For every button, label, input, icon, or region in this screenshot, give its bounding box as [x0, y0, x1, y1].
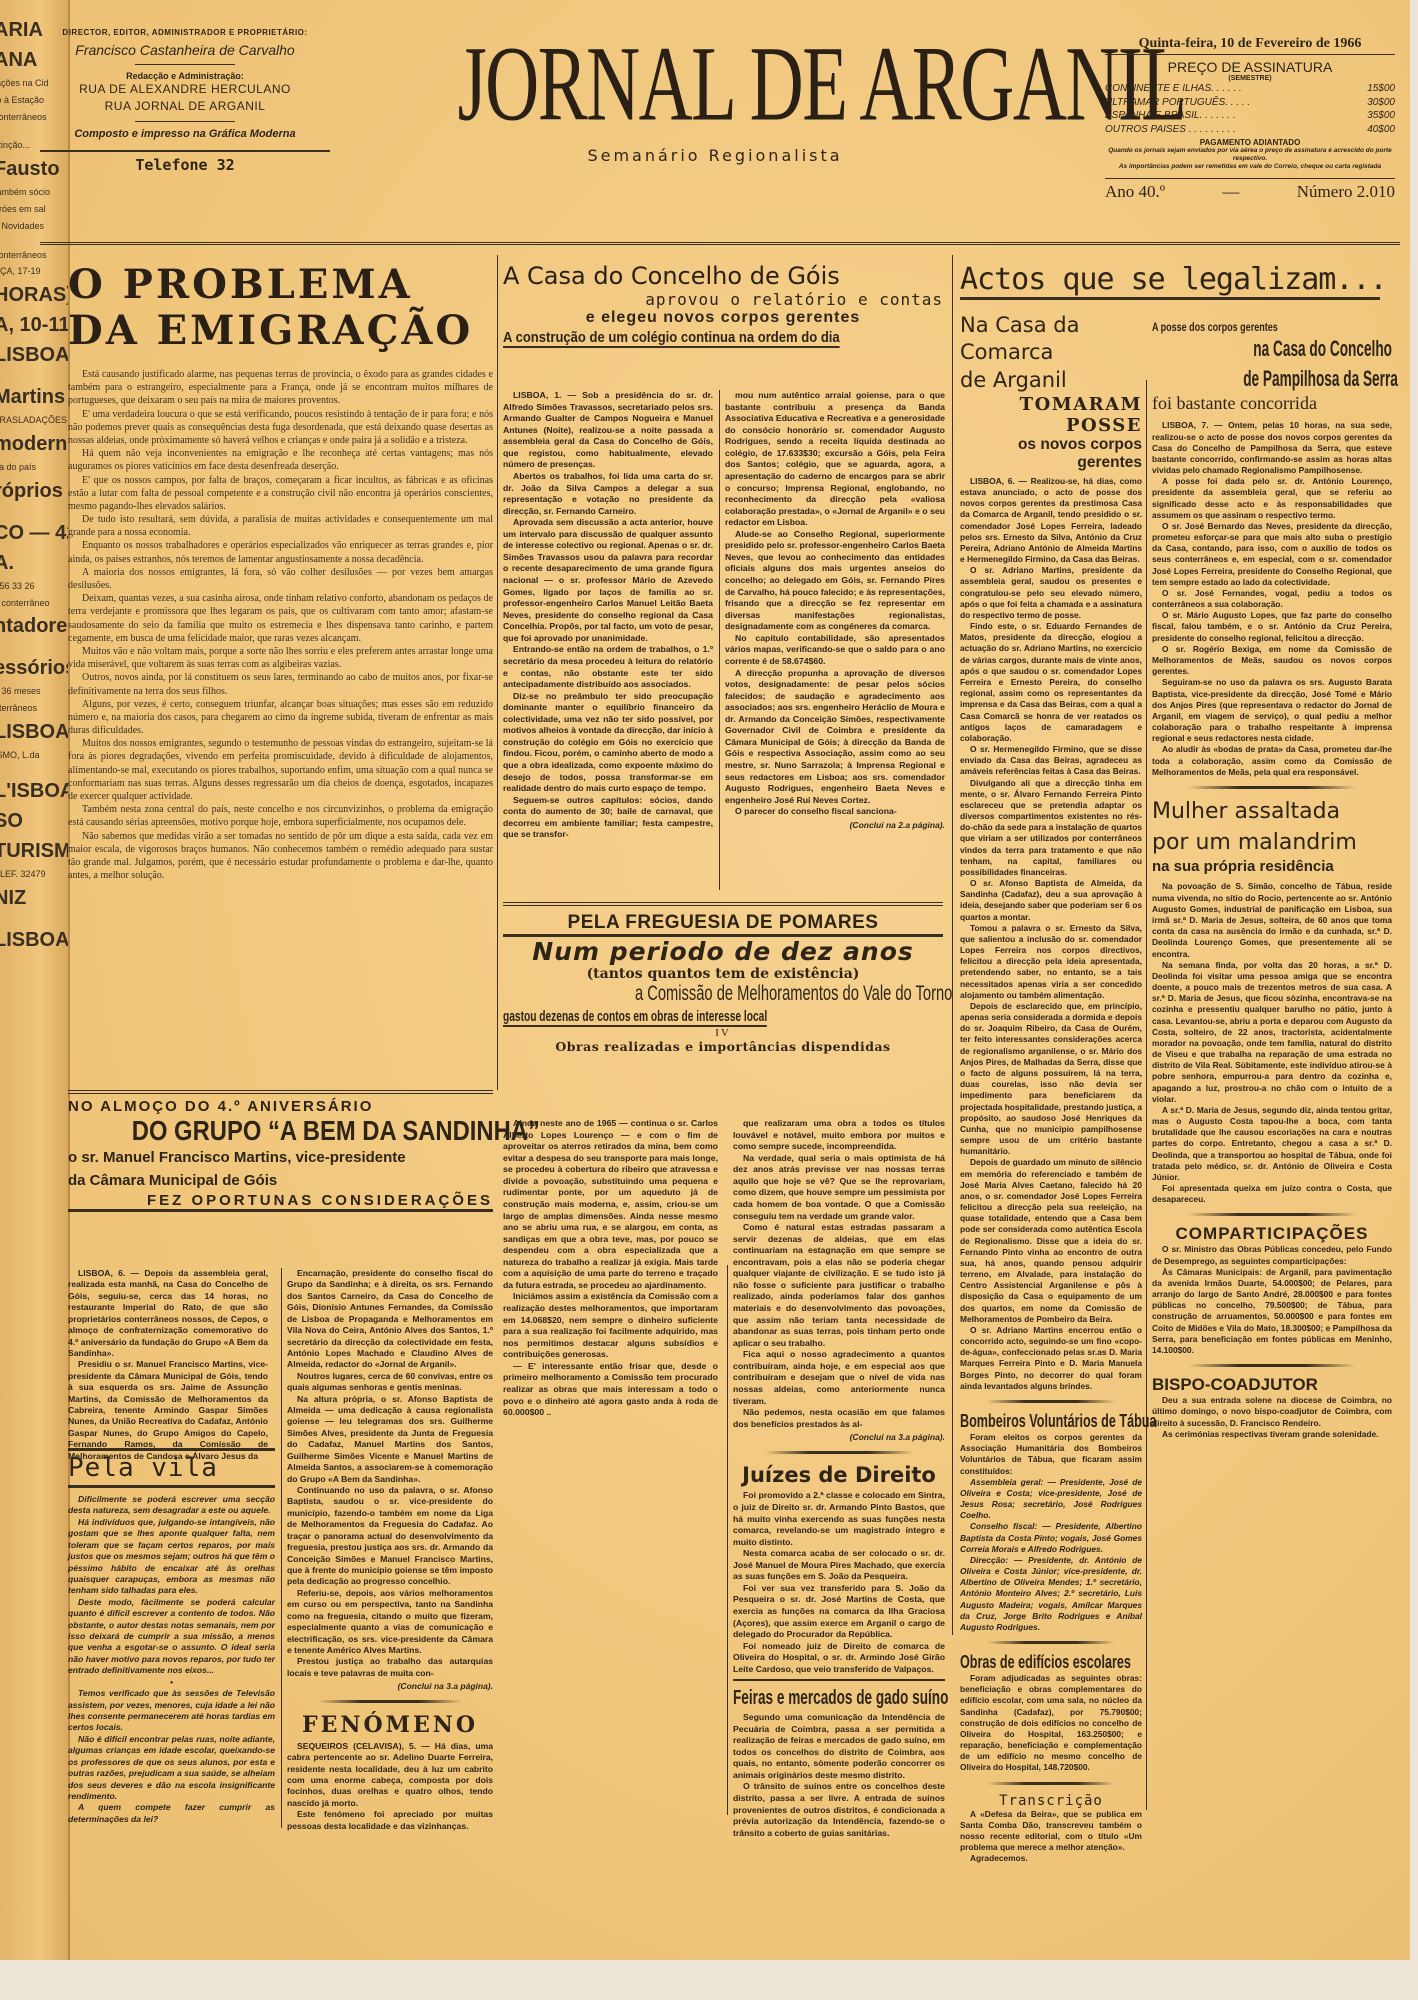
payment-terms: PAGAMENTO ADIANTADO — [1105, 138, 1395, 147]
gutter-advert-fragment: da do país — [0, 462, 68, 473]
separator-dot: • — [68, 1677, 275, 1688]
masthead-rule — [40, 242, 1400, 245]
paragraph: O trânsito de suínos entre os concelhos … — [733, 1781, 945, 1839]
price-region: CONTINENTE E ILHAS. . . . . . — [1105, 82, 1242, 96]
gutter-advert-fragment: ntadores — [0, 614, 68, 638]
headline: Obras de edifícios escolares — [960, 1652, 1087, 1673]
series-number: IV — [503, 1027, 943, 1039]
gutter-advert-fragment: dróes em sal — [0, 204, 68, 215]
gutter-advert-fragment: CO — 42 — [0, 521, 68, 545]
paragraph: Segundo uma comunicação da Intendência d… — [733, 1712, 945, 1781]
paragraph: Como é natural estas estradas passaram a… — [733, 1222, 945, 1349]
article-gois-col1: LISBOA, 1. — Sob a presidência do sr. dr… — [503, 390, 713, 841]
paragraph: A direcção propunha a aprovação de diver… — [725, 668, 945, 807]
paragraph: SEQUEIROS (CELAVISA), 5. — Há dias, uma … — [287, 1741, 493, 1810]
issue-date: Quinta-feira, 10 de Fevereiro de 1966 — [1105, 36, 1395, 55]
paragraph: Iniciámos assim a existência da Comissão… — [503, 1291, 718, 1360]
gutter-advert-fragment: róprios — [0, 479, 68, 503]
phone-number: Telefone 32 — [40, 150, 330, 174]
paragraph: A quem compete fazer cumprir as determin… — [68, 1802, 275, 1825]
price-value: 40$00 — [1367, 123, 1395, 137]
article-body: Foram adjudicadas as seguintes obras: be… — [960, 1673, 1142, 1774]
paragraph: A «Defesa da Beira», que se publica em S… — [960, 1809, 1142, 1854]
airmail-note: Quando os jornais sejam enviados por via… — [1105, 147, 1395, 163]
paragraph: Prestou justiça ao trabalho das autarqui… — [287, 1656, 493, 1679]
paragraph: No capítulo contabilidade, são apresenta… — [725, 633, 945, 668]
gutter-advert-fragment: nterrâneos — [0, 703, 68, 714]
paragraph: LISBOA, 6. — Depois da assembleia geral,… — [68, 1268, 268, 1359]
paragraph: O sr. José Fernandes, vogal, pediu a tod… — [1152, 588, 1392, 610]
headline: Juízes de Direito — [733, 1462, 945, 1490]
paragraph: Fica aqui o nosso agradecimento a quanto… — [733, 1349, 945, 1407]
article-actos: Actos que se legalizam... — [960, 262, 1380, 300]
price-value: 35$00 — [1367, 109, 1395, 123]
paragraph: Na povoação de S. Simão, concelho de Táb… — [1152, 881, 1392, 959]
paragraph: Noutros lugares, cerca de 60 convivas, e… — [287, 1371, 493, 1394]
paragraph: Deste modo, fàcilmente se poderá calcula… — [68, 1597, 275, 1677]
issue-info: Ano 40.º — Número 2.010 — [1105, 178, 1395, 202]
continued-note: (Conclui na 3.a página). — [287, 1681, 493, 1692]
paragraph: Encarnação, presidente do conselho fisca… — [287, 1268, 493, 1371]
gutter-advert-fragment: também sócio — [0, 187, 68, 198]
price-region: OUTROS PAISES . . . . . . . . . — [1105, 123, 1236, 137]
article-pomares-col1: Ainda neste ano de 1965 — continua o sr.… — [503, 1118, 718, 1419]
subheadline: gastou dezenas de contos em obras de int… — [503, 1008, 767, 1027]
gutter-advert-fragment: HORAS) — [0, 283, 68, 307]
issue-dash: — — [1222, 182, 1239, 202]
paragraph: Não sabemos que medidas virão a ser toma… — [68, 830, 493, 883]
paragraph: E' que os nossos campos, por falta de br… — [68, 474, 493, 514]
gutter-advert-fragment: e Novidades — [0, 221, 68, 232]
subscription-period: (SEMESTRE) — [1105, 75, 1395, 82]
headline: Transcrição — [960, 1793, 1142, 1809]
headline: na Casa do Concelho — [1243, 334, 1392, 364]
newspaper-subtitle: Semanário Regionalista — [385, 146, 1045, 165]
article-body: LISBOA, 6. — Realizou-se, há dias, como … — [960, 476, 1142, 1392]
address-label: Redacção e Administração: — [40, 71, 330, 81]
price-row: ESPANHA E BRASIL. . . . . . .35$00 — [1105, 109, 1395, 123]
gutter-adverts: ARIAANAlações na Cidto à Estaçãoconterrâ… — [0, 0, 70, 1960]
section-rule — [503, 902, 943, 906]
paragraph: LISBOA, 6. — Realizou-se, há dias, como … — [960, 476, 1142, 565]
price-row: OUTROS PAISES . . . . . . . . .40$00 — [1105, 123, 1395, 137]
paragraph: Deu a sua entrada solene na diocese de C… — [1152, 1395, 1392, 1429]
price-region: ESPANHA E BRASIL. . . . . . . — [1105, 109, 1236, 123]
paragraph: Não é difícil encontrar pelas ruas, noit… — [68, 1734, 275, 1803]
column-rule — [497, 255, 498, 1090]
gutter-advert-fragment: - 56 33 26 — [0, 581, 68, 592]
paragraph: Há indivíduos que, julgando-se intangíve… — [68, 1517, 275, 1597]
article-gois: A Casa do Concelho de Góis aprovou o rel… — [503, 262, 943, 348]
subheadline: da Câmara Municipal de Góis — [68, 1170, 493, 1193]
ornament-divider — [318, 1700, 462, 1703]
paragraph: Foi promovido a 2.ª classe e colocado em… — [733, 1490, 945, 1548]
article-body: Está causando justificado alarme, nas pe… — [68, 368, 493, 882]
paragraph: LISBOA, 1. — Sob a presidência do sr. dr… — [503, 390, 713, 471]
article-body: Deu a sua entrada solene na diocese de C… — [1152, 1395, 1392, 1440]
address-line-1: RUA DE ALEXANDRE HERCULANO — [40, 81, 330, 98]
article-body: LISBOA, 7. — Ontem, pelas 10 horas, na s… — [1152, 420, 1392, 778]
paragraph: Divulgando ali que a direcção tinha em m… — [960, 778, 1142, 879]
headline-kicker: A posse dos corpos gerentes — [1152, 320, 1332, 334]
gutter-advert-fragment: conterrâneos — [0, 250, 68, 261]
paragraph: O sr. Hermenegildo Firmino, que se disse… — [960, 744, 1142, 778]
paragraph: O sr. Mário Augusto Lopes, que faz parte… — [1152, 610, 1392, 644]
gutter-advert-fragment: TURISMO — [0, 839, 68, 863]
article-pomares: PELA FREGUESIA DE POMARES Num periodo de… — [503, 912, 943, 1054]
paragraph: Depois de guardado um minuto de silêncio… — [960, 1157, 1142, 1325]
article-emigracao: O PROBLEMA DA EMIGRAÇÃO Está causando ju… — [68, 262, 493, 882]
paragraph: Ao aludir às «bodas de prata» da Casa, p… — [1152, 744, 1392, 778]
headline: Feiras e mercados de gado suíno — [733, 1685, 877, 1712]
subheadline: o sr. Manuel Francisco Martins, vice-pre… — [68, 1147, 493, 1170]
paragraph: Presidiu o sr. Manuel Francisco Martins,… — [68, 1359, 268, 1462]
subheadline: A construção de um colégio continua na o… — [503, 330, 840, 348]
gutter-advert-fragment: NIZ — [0, 886, 68, 910]
article-body: O sr. Ministro das Obras Públicas conced… — [1152, 1244, 1392, 1356]
article-body: Foram eleitos os corpos gerentes da Asso… — [960, 1432, 1142, 1633]
headline: Mulher assaltada — [1152, 797, 1392, 828]
paragraph: Muitos dos nossos emigrantes, segundo o … — [68, 737, 493, 803]
column-rule — [719, 390, 720, 890]
paragraph: O sr. José Bernardo das Neves, president… — [1152, 521, 1392, 588]
gutter-advert-fragment: A, 10-11 — [0, 313, 68, 337]
subheadline: os novos corpos gerentes — [960, 436, 1142, 472]
headline: Pela vila — [68, 1448, 275, 1488]
masthead-left: DIRECTOR, EDITOR, ADMINISTRADOR E PROPRI… — [40, 28, 330, 174]
paragraph: Findo este, o sr. Eduardo Fernandes de M… — [960, 621, 1142, 744]
paragraph: Continuando no uso da palavra, o sr. Afo… — [287, 1485, 493, 1588]
paragraph: Na semana finda, por volta das 20 horas,… — [1152, 960, 1392, 1105]
divider — [135, 121, 235, 122]
paragraph: Seguem-se outros capítulos: sócios, dand… — [503, 795, 713, 841]
article-arganil: Na Casa da Comarca de Arganil TOMARAM PO… — [960, 312, 1142, 1864]
article-gois-col2: mou num autêntico arraial goiense, para … — [725, 390, 945, 831]
column-rule — [727, 1265, 728, 1815]
paragraph: Direcção: — Presidente, dr. António de O… — [960, 1555, 1142, 1633]
gutter-advert-fragment: ELEF. 32479 — [0, 869, 68, 880]
article-body: Na povoação de S. Simão, concelho de Táb… — [1152, 881, 1392, 1205]
article-body: Dificilmente se poderá escrever uma secç… — [68, 1494, 275, 1825]
article-pampilhosa: A posse dos corpos gerentes na Casa do C… — [1152, 320, 1392, 1440]
column-rule — [1146, 380, 1147, 1810]
paragraph: Depois de esclarecido que, em princípio,… — [960, 1001, 1142, 1157]
ornament-divider — [1188, 1364, 1356, 1367]
column-rule — [952, 255, 953, 1635]
printer-credit: Composto e impresso na Gráfica Moderna — [40, 128, 330, 140]
gutter-advert-fragment: LISBOA — [0, 343, 68, 367]
paragraph: Não pedemos, nesta ocasião em que falamo… — [733, 1407, 945, 1430]
paragraph: Às Câmaras Municipais: de Arganil, para … — [1152, 1267, 1392, 1356]
section-rule — [68, 1090, 493, 1094]
gutter-advert-fragment: LISBOA — [0, 928, 68, 952]
ornament-divider — [1188, 786, 1356, 789]
headline: DA EMIGRAÇÃO — [68, 308, 493, 354]
paragraph: que realizaram uma obra a todos os títul… — [733, 1118, 945, 1153]
paragraph: Alguns, por vezes, é certo, conseguem tr… — [68, 698, 493, 738]
paragraph: Temos verificado que às sessões de Telev… — [68, 1688, 275, 1734]
paragraph: O sr. Adriano Martins encerrou então o c… — [960, 1325, 1142, 1392]
paragraph: Também nesta zona central do país, neste… — [68, 803, 493, 829]
ornament-divider — [987, 1400, 1114, 1403]
paragraph: Diz-se no preâmbulo ter sido preocupação… — [503, 691, 713, 795]
paragraph: Tomou a palavra o sr. Ernesto da Silva, … — [960, 923, 1142, 1001]
article-pela-vila: Pela vila Dificilmente se poderá escreve… — [68, 1448, 275, 1825]
paragraph: — E' interessante então frisar que, desd… — [503, 1361, 718, 1419]
paragraph: Conselho fiscal: — Presidente, Albertino… — [960, 1521, 1142, 1555]
paragraph: E' uma verdadeira loucura o que se está … — [68, 408, 493, 448]
ornament-divider — [765, 1451, 913, 1454]
paragraph: Abertos os trabalhos, foi lida uma carta… — [503, 471, 713, 517]
price-row: CONTINENTE E ILHAS. . . . . .15$00 — [1105, 82, 1395, 96]
paragraph: Entrando-se então na ordem de trabalhos,… — [503, 644, 713, 690]
paragraph: O sr. Adriano Martins, presidente da ass… — [960, 565, 1142, 621]
price-value: 15$00 — [1367, 82, 1395, 96]
gutter-advert-fragment: TRASLADAÇÕES — [0, 415, 68, 426]
paragraph: Agradecemos. — [960, 1853, 1142, 1864]
paragraph: Alude-se ao Conselho Regional, superiorm… — [725, 529, 945, 633]
gutter-advert-fragment: é 36 meses — [0, 686, 68, 697]
headline: de Arganil — [960, 367, 1142, 394]
headline: Bombeiros Voluntários de Tábua — [960, 1411, 1087, 1432]
headline: O PROBLEMA — [68, 262, 493, 308]
paragraph: A posse foi dada pelo sr. dr. António Lo… — [1152, 476, 1392, 521]
continued-note: (Conclui na 2.a página). — [725, 820, 945, 831]
issue-year: Ano 40.º — [1105, 182, 1165, 202]
continued-note: (Conclui na 3.a página). — [733, 1432, 945, 1443]
subheadline: a Comissão de Melhoramentos do Vale do T… — [635, 982, 943, 1006]
gutter-advert-fragment: ISMO, L.da — [0, 750, 68, 761]
headline: Num periodo de dez anos — [503, 937, 943, 966]
article-sandinha-col2: Encarnação, presidente do conselho fisca… — [287, 1268, 493, 1832]
paragraph: LISBOA, 7. — Ontem, pelas 10 horas, na s… — [1152, 420, 1392, 476]
paragraph: Outros, novos ainda, por lá constituem o… — [68, 671, 493, 697]
ornament-divider — [1188, 1213, 1356, 1216]
gutter-advert-fragment: LISBOA — [0, 720, 68, 744]
subheadline: TOMARAM POSSE — [960, 394, 1142, 436]
ornament-divider — [987, 1641, 1114, 1644]
article-sandinha: NO ALMOÇO DO 4.º ANIVERSÁRIO DO GRUPO “A… — [68, 1098, 493, 1212]
subheadline: (tantos quantos tem de existência) — [503, 966, 943, 982]
price-region: ULTRAMAR PORTUGUÊS. . . . . — [1105, 96, 1250, 110]
headline-banner: Actos que se legalizam... — [960, 262, 1380, 300]
divider — [135, 64, 235, 65]
subheadline: FEZ OPORTUNAS CONSIDERAÇÕES — [68, 1192, 493, 1212]
paragraph: Muitos vão e não voltam mais, porque a s… — [68, 645, 493, 671]
role-label: DIRECTOR, EDITOR, ADMINISTRADOR E PROPRI… — [40, 28, 330, 38]
gutter-advert-fragment: o conterrâneo — [0, 598, 68, 609]
subheadline: na sua própria residência — [1152, 858, 1392, 875]
paragraph: Seguiram-se no uso da palavra os srs. Au… — [1152, 677, 1392, 744]
newspaper-name: JORNAL DE ARGANIL — [458, 30, 973, 138]
masthead-title: JORNAL DE ARGANIL Semanário Regionalista — [385, 30, 1045, 165]
article-sandinha-col1: LISBOA, 6. — Depois da assembleia geral,… — [68, 1268, 268, 1462]
owner-name: Francisco Castanheira de Carvalho — [40, 42, 330, 58]
paragraph: Referiu-se, depois, aos vários melhorame… — [287, 1588, 493, 1657]
divider — [733, 1679, 945, 1681]
gutter-advert-fragment: A. — [0, 551, 68, 575]
price-table: CONTINENTE E ILHAS. . . . . .15$00 ULTRA… — [1105, 82, 1395, 136]
headline: DO GRUPO “A BEM DA SANDINHA” — [132, 1115, 493, 1147]
paragraph: Enquanto os nossos trabalhadores e operá… — [68, 539, 493, 565]
paragraph: Ainda neste ano de 1965 — continua o sr.… — [503, 1118, 718, 1291]
headline: por um malandrim — [1152, 828, 1392, 859]
column-rule — [281, 1268, 282, 1828]
gutter-advert-fragment: L'ISBOA — [0, 779, 68, 803]
paragraph: Há quem não veja inconvenientes na emigr… — [68, 447, 493, 473]
address-line-2: RUA JORNAL DE ARGANIL — [40, 98, 330, 115]
paragraph: De tudo isto resultará, sem dúvida, a pa… — [68, 513, 493, 539]
paragraph: Foram adjudicadas as seguintes obras: be… — [960, 1673, 1142, 1774]
headline: FENÓMENO — [287, 1711, 493, 1740]
paragraph: A sr.ª D. Maria de Jesus, segundo diz, a… — [1152, 1105, 1392, 1183]
gutter-advert-fragment: moderna — [0, 432, 68, 456]
remittance-note: As importâncias podem ser remetidas em v… — [1105, 163, 1395, 171]
paragraph: O sr. Afonso Baptista de Almeida, da San… — [960, 878, 1142, 923]
subscription-title: PREÇO DE ASSINATURA — [1105, 59, 1395, 75]
gutter-advert-fragment: SO — [0, 809, 68, 833]
paragraph: As cerimónias respectivas tiveram grande… — [1152, 1429, 1392, 1440]
price-value: 30$00 — [1367, 96, 1395, 110]
article-body: A «Defesa da Beira», que se publica em S… — [960, 1809, 1142, 1865]
price-row: ULTRAMAR PORTUGUÊS. . . . .30$00 — [1105, 96, 1395, 110]
paragraph: Foram eleitos os corpos gerentes da Asso… — [960, 1432, 1142, 1477]
paragraph: O parecer do conselho fiscal sanciona- — [725, 806, 945, 818]
headline-kicker: PELA FREGUESIA DE POMARES — [503, 912, 943, 937]
gutter-advert-fragment: AÇA, 17-19 — [0, 266, 68, 277]
paragraph: Deixam, quantas vezes, a sua casinha air… — [68, 592, 493, 645]
paragraph: Aprovada sem discussão a acta anterior, … — [503, 517, 713, 644]
gutter-advert-fragment: essórios — [0, 656, 68, 680]
headline-kicker: NO ALMOÇO DO 4.º ANIVERSÁRIO — [68, 1098, 493, 1115]
paragraph: O sr. Rogério Bexiga, em nome da Comissã… — [1152, 644, 1392, 678]
paragraph: Foi nomeado juiz de Direito de comarca d… — [733, 1641, 945, 1676]
gutter-advert-fragment: Martins — [0, 385, 68, 409]
section-title: Obras realizadas e importâncias dispendi… — [503, 1039, 943, 1054]
issue-number: Número 2.010 — [1297, 182, 1395, 202]
paragraph: mou num autêntico arraial goiense, para … — [725, 390, 945, 529]
newspaper-page: ARIAANAlações na Cidto à Estaçãoconterrâ… — [0, 0, 1410, 1960]
masthead-right: Quinta-feira, 10 de Fevereiro de 1966 PR… — [1105, 36, 1395, 202]
headline: COMPARTICIPAÇÕES — [1152, 1224, 1392, 1244]
headline: Na Casa da Comarca — [960, 312, 1142, 367]
ornament-divider — [987, 1782, 1114, 1785]
paragraph: Na altura própria, o sr. Afonso Baptista… — [287, 1394, 493, 1485]
headline: BISPO-COADJUTOR — [1152, 1375, 1392, 1395]
headline: de Pampilhosa da Serra — [1243, 364, 1392, 394]
paragraph: Na verdade, qual seria o mais optimista … — [733, 1153, 945, 1222]
paragraph: A maioria dos nossos emigrantes, lá fora… — [68, 566, 493, 592]
subheadline: aprovou o relatório e contas — [503, 290, 943, 309]
paragraph: Foi ver sua vez transferido para S. João… — [733, 1583, 945, 1641]
paragraph: Está causando justificado alarme, nas pe… — [68, 368, 493, 408]
paragraph: Este fenómeno foi apreciado por muitas p… — [287, 1809, 493, 1832]
paragraph: O sr. Ministro das Obras Públicas conced… — [1152, 1244, 1392, 1266]
subheadline: foi bastante concorrida — [1152, 393, 1392, 414]
headline: A Casa do Concelho de Góis — [503, 262, 943, 290]
paragraph: Assembleia geral: — Presidente, José de … — [960, 1477, 1142, 1522]
paragraph: Dificilmente se poderá escrever uma secç… — [68, 1494, 275, 1517]
paragraph: Nesta comarca acaba de ser colocado o sr… — [733, 1548, 945, 1583]
subheadline: e elegeu novos corpos gerentes — [503, 309, 943, 327]
article-pomares-col2: que realizaram uma obra a todos os títul… — [733, 1118, 945, 1839]
paragraph: Foi apresentada queixa em juízo contra o… — [1152, 1183, 1392, 1205]
